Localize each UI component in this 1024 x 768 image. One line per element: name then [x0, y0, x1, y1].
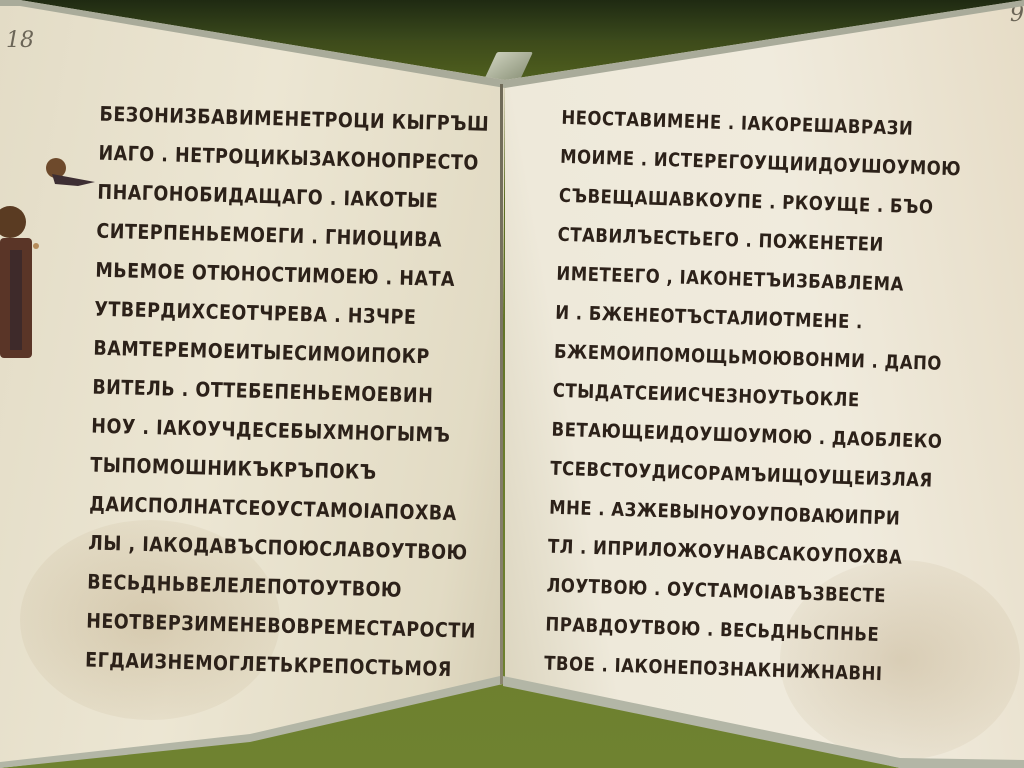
left-page: 18 БЕЗОНИЗБАВИМЕНЕТРОЦИ КЫГРЪШ ИАГО . НЕ… — [0, 0, 505, 768]
book-gutter — [500, 84, 503, 684]
folio-number-left: 18 — [6, 28, 34, 53]
left-page-text: БЕЗОНИЗБАВИМЕНЕТРОЦИ КЫГРЪШ ИАГО . НЕТРО… — [85, 96, 490, 691]
right-page-text: НЕОСТАВИМЕНЕ . ІАКОРЕШАВРАЗИ МОИМЕ . ИСТ… — [544, 98, 963, 695]
